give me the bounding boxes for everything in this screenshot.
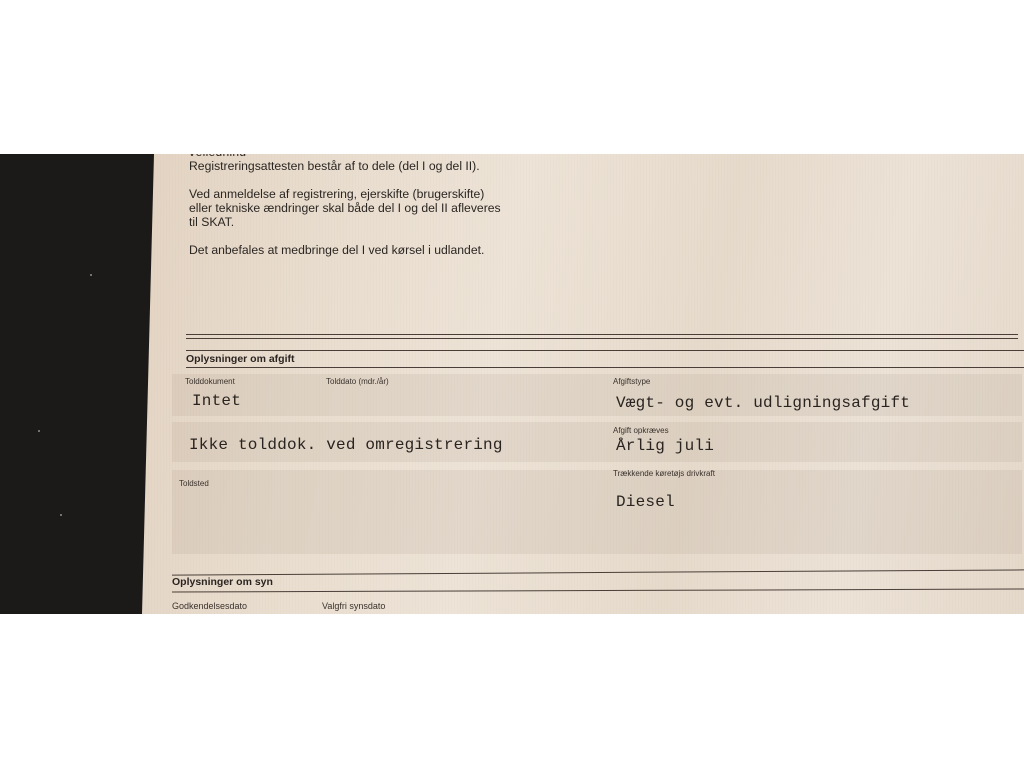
registration-certificate-page: Vejledning Registreringsattesten består … <box>142 154 1024 614</box>
value-afgift-opkraeves: Årlig juli <box>616 437 714 455</box>
label-tolddato: Tolddato (mdr./år) <box>326 377 389 386</box>
value-afgiftstype: Vægt- og evt. udligningsafgift <box>616 394 910 412</box>
intro-line-3: eller tekniske ændringer skal både del I… <box>189 201 501 215</box>
intro-heading-cut: Vejledning <box>188 154 246 156</box>
field-row-shade <box>172 470 1022 554</box>
divider-rule <box>172 588 1024 592</box>
divider-rule <box>186 338 1018 339</box>
dust-speck <box>38 430 40 432</box>
section-title-syn: Oplysninger om syn <box>172 576 273 588</box>
label-godkendelsesdato: Godkendelsesdato <box>172 601 247 611</box>
label-drivkraft: Trækkende køretøjs drivkraft <box>613 469 715 478</box>
divider-rule <box>186 334 1018 335</box>
divider-rule <box>172 569 1024 575</box>
dust-speck <box>60 514 62 516</box>
label-toldsted: Toldsted <box>179 479 209 488</box>
dust-speck <box>90 274 92 276</box>
value-drivkraft: Diesel <box>616 493 675 511</box>
value-tolddokument: Intet <box>192 392 241 410</box>
divider-rule <box>186 367 1024 368</box>
label-afgiftstype: Afgiftstype <box>613 377 650 386</box>
intro-line-4: til SKAT. <box>189 215 234 229</box>
section-title-afgift: Oplysninger om afgift <box>186 353 295 365</box>
document-photo: Vejledning Registreringsattesten består … <box>0 154 1024 614</box>
label-tolddokument: Tolddokument <box>185 377 235 386</box>
divider-rule <box>186 350 1024 351</box>
intro-line-2: Ved anmeldelse af registrering, ejerskif… <box>189 187 484 201</box>
label-valgfri-synsdato: Valgfri synsdato <box>322 601 385 611</box>
label-afgift-opkraeves: Afgift opkræves <box>613 426 669 435</box>
intro-line-1: Registreringsattesten består af to dele … <box>189 159 480 173</box>
intro-line-5: Det anbefales at medbringe del I ved kør… <box>189 243 484 257</box>
value-tolddok-note: Ikke tolddok. ved omregistrering <box>189 436 503 454</box>
